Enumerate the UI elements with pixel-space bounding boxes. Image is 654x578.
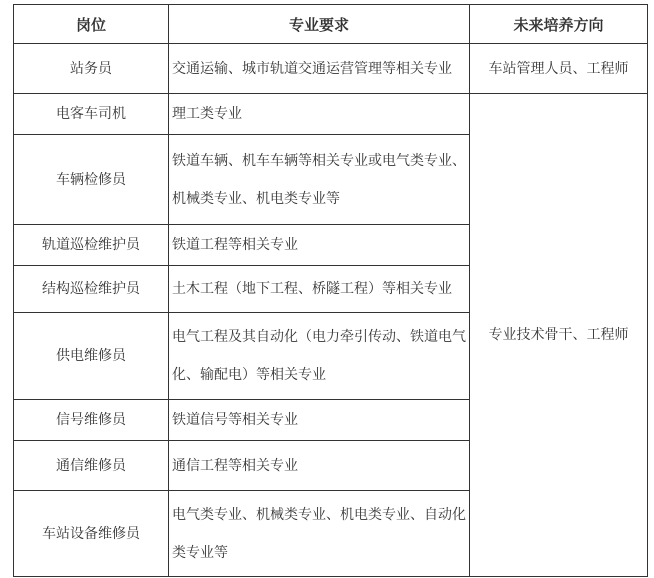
position-cell: 结构巡检维护员 [14,266,169,313]
merged-direction-cell: 专业技术骨干、工程师 [470,94,648,577]
requirement-cell: 理工类专业 [169,94,470,135]
position-cell: 车辆检修员 [14,135,169,225]
direction-cell: 车站管理人员、工程师 [470,44,648,94]
position-cell: 车站设备维修员 [14,491,169,577]
position-cell: 通信维修员 [14,441,169,491]
recruitment-table: 岗位 专业要求 未来培养方向 站务员 交通运输、城市轨道交通运营管理等相关专业 … [13,4,648,577]
page: 岗位 专业要求 未来培养方向 站务员 交通运输、城市轨道交通运营管理等相关专业 … [0,0,654,578]
requirement-cell: 铁道工程等相关专业 [169,225,470,266]
position-cell: 电客车司机 [14,94,169,135]
column-header-direction: 未来培养方向 [470,5,648,44]
table-row: 电客车司机 理工类专业 专业技术骨干、工程师 [14,94,648,135]
table-row: 站务员 交通运输、城市轨道交通运营管理等相关专业 车站管理人员、工程师 [14,44,648,94]
position-cell: 轨道巡检维护员 [14,225,169,266]
requirement-cell: 电气工程及其自动化（电力牵引传动、铁道电气化、输配电）等相关专业 [169,313,470,400]
requirement-cell: 通信工程等相关专业 [169,441,470,491]
position-cell: 供电维修员 [14,313,169,400]
column-header-requirement: 专业要求 [169,5,470,44]
requirement-cell: 交通运输、城市轨道交通运营管理等相关专业 [169,44,470,94]
position-cell: 信号维修员 [14,400,169,441]
requirement-cell: 电气类专业、机械类专业、机电类专业、自动化类专业等 [169,491,470,577]
requirement-cell: 铁道信号等相关专业 [169,400,470,441]
requirement-cell: 土木工程（地下工程、桥隧工程）等相关专业 [169,266,470,313]
position-cell: 站务员 [14,44,169,94]
header-row: 岗位 专业要求 未来培养方向 [14,5,648,44]
requirement-cell: 铁道车辆、机车车辆等相关专业或电气类专业、机械类专业、机电类专业等 [169,135,470,225]
column-header-position: 岗位 [14,5,169,44]
